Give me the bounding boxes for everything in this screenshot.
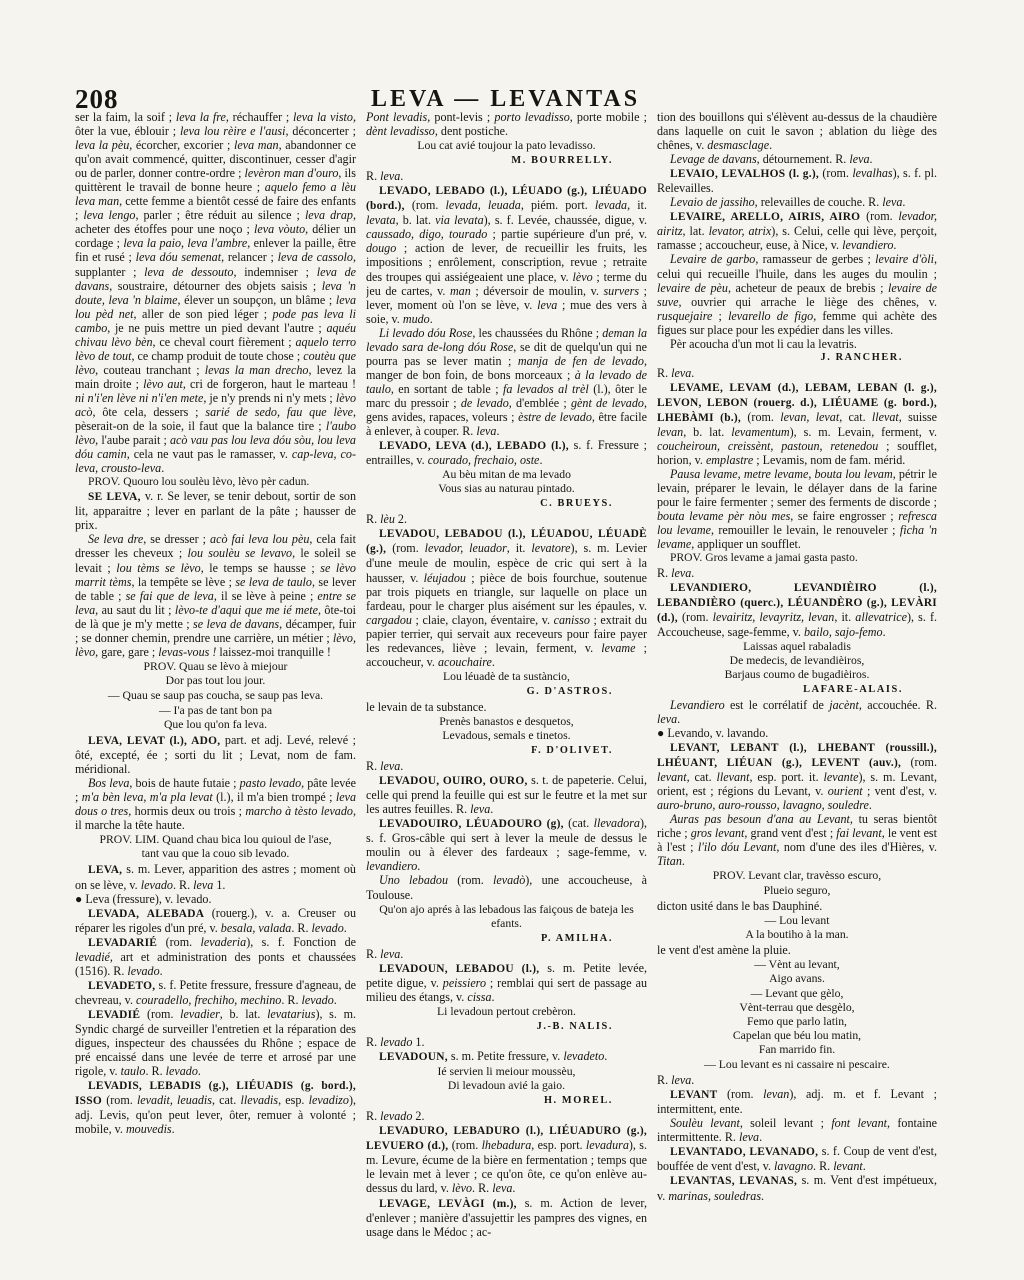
entry-headword: LEVADO, LEVA (d.), LEBADO (l.), bbox=[379, 440, 574, 452]
occitan-phrase: levant bbox=[833, 1159, 863, 1173]
text-run: . bbox=[869, 798, 872, 812]
text-run: (rom. bbox=[822, 166, 852, 180]
occitan-phrase: Titan bbox=[657, 854, 682, 868]
occitan-phrase: leva bbox=[380, 947, 400, 961]
cont-paragraph: tion des bouillons qui s'élèvent au-dess… bbox=[657, 110, 937, 152]
text-run: , soustraire, détourner des objets saisi… bbox=[109, 279, 321, 293]
text-run: Capelan que béu lou matin, bbox=[733, 1029, 861, 1042]
occitan-phrase: levado bbox=[312, 921, 344, 935]
ref-paragraph: R. levado 2. bbox=[366, 1109, 647, 1123]
text-run: F. D'OLIVET. bbox=[531, 745, 613, 756]
text-run: 2. bbox=[395, 512, 407, 526]
occitan-phrase: emplastre bbox=[706, 453, 753, 467]
text-run: , il se lève à peine ; bbox=[214, 589, 318, 603]
text-run: est le corrélatif de bbox=[725, 698, 830, 712]
text-run: Lou cat avié toujour la pato levadisso. bbox=[417, 139, 595, 152]
text-run: . bbox=[691, 1073, 694, 1087]
occitan-phrase: Soulèu levant bbox=[670, 1116, 740, 1130]
occitan-phrase: cargadou bbox=[366, 613, 412, 627]
occitan-phrase: leva bbox=[470, 802, 490, 816]
cont-paragraph: le levain de ta substance. bbox=[366, 700, 647, 714]
text-run: ; Levamis, nom de fam. mérid. bbox=[753, 453, 905, 467]
occitan-phrase: levado bbox=[141, 878, 173, 892]
text-run: . bbox=[863, 1159, 866, 1173]
text-run: R. bbox=[366, 1035, 380, 1049]
verse-paragraph: Au bèu mitan de ma levadoVous sias au na… bbox=[366, 468, 647, 496]
text-run: C. BRUEYS. bbox=[540, 498, 613, 509]
sig-paragraph: G. D'ASTROS. bbox=[366, 685, 647, 699]
occitan-phrase: llevadis bbox=[240, 1093, 278, 1107]
text-run: , d'emblée ; bbox=[509, 396, 571, 410]
entry-paragraph: LEVAME, LEVAM (d.), LEBAM, LEBAN (l. g.)… bbox=[657, 380, 937, 467]
text-run: , art et administration des ponts et cha… bbox=[75, 950, 356, 978]
entry-paragraph: LEVADOUN, LEBADOU (l.), s. m. Petite lev… bbox=[366, 961, 647, 1004]
entry-headword: LEVAIO, LEVALHOS (l. g.), bbox=[670, 168, 822, 180]
occitan-phrase: lou tèms se lèvo bbox=[116, 561, 200, 575]
ref-paragraph: R. leva. bbox=[657, 566, 937, 580]
occitan-phrase: marcho à tèsto levado bbox=[245, 804, 353, 818]
text-run: , esp. port. bbox=[531, 1138, 586, 1152]
verse-paragraph: Qu'on ajo aprés à las lebadous las faiço… bbox=[366, 903, 647, 931]
entry-headword: LEVANTADO, LEVANADO, bbox=[670, 1146, 822, 1158]
text-run: . bbox=[430, 312, 433, 326]
text-run: (rom. bbox=[682, 610, 713, 624]
text-run: — Vènt au levant, bbox=[754, 958, 839, 971]
occitan-phrase: levant bbox=[657, 770, 687, 784]
text-run: , remouiller le levain, le renouveler ; bbox=[711, 523, 900, 537]
occitan-phrase: caussado, digo, tourado bbox=[366, 227, 487, 241]
occitan-phrase: leva drap bbox=[305, 208, 353, 222]
text-run: (l.), il m'a bien trompé ; bbox=[213, 790, 336, 804]
verse-paragraph: — Quau se saup pas coucha, se saup pas l… bbox=[75, 689, 356, 703]
prov-paragraph: PROV. Gros levame a jamai gasta pasto. bbox=[657, 551, 937, 565]
text-run: P. AMILHA. bbox=[541, 933, 613, 944]
text-run: , aller de son pied léger ; bbox=[134, 307, 273, 321]
text-run: . bbox=[761, 1189, 764, 1203]
text-run: Vènt-terrau que desgèlo, bbox=[739, 1001, 854, 1014]
occitan-phrase: levaire de pèu bbox=[657, 281, 728, 295]
occitan-phrase: leva la visto bbox=[293, 110, 353, 124]
text-run: . R. bbox=[173, 878, 193, 892]
occitan-phrase: bouta levame pèr nòu mes bbox=[657, 509, 790, 523]
running-title: LEVA — LEVANTAS bbox=[75, 86, 936, 113]
text-run: , acheteur de peaux de brebis ; bbox=[728, 281, 888, 295]
occitan-phrase: levaderia bbox=[201, 935, 247, 949]
occitan-phrase: canisso bbox=[554, 613, 590, 627]
entry-paragraph: LEVADARIÉ (rom. levaderia), s. f. Foncti… bbox=[75, 935, 356, 978]
occitan-phrase: Levaio de jassiho bbox=[670, 195, 755, 209]
occitan-phrase: leva bbox=[380, 759, 400, 773]
verse-paragraph: — Lou levant es ni cassaire ni pescaire. bbox=[657, 1058, 937, 1072]
body-paragraph: Uno lebadou (rom. levadò), une accoucheu… bbox=[366, 873, 647, 901]
text-run: le vent d'est amène la pluie. bbox=[657, 943, 791, 957]
text-run: (rom. bbox=[866, 209, 898, 223]
occitan-phrase: levas la man drecho bbox=[205, 363, 309, 377]
occitan-phrase: levante bbox=[824, 770, 859, 784]
text-run: , ouvrier qui arrache le liège des chêne… bbox=[679, 295, 938, 309]
text-run: Prenès banastos e desquetos, bbox=[439, 715, 573, 728]
text-run: . bbox=[492, 655, 495, 669]
text-run: . bbox=[691, 366, 694, 380]
occitan-phrase: lèvo aut bbox=[143, 377, 183, 391]
occitan-phrase: levado bbox=[380, 1109, 412, 1123]
text-run: PROV. Quau se lèvo à miejour bbox=[144, 660, 288, 673]
entry-paragraph: LEVADIÉ (rom. levadier, b. lat. levatari… bbox=[75, 1007, 356, 1078]
dictionary-page: 208 LEVA — LEVANTAS ser la faim, la soif… bbox=[0, 0, 1024, 1280]
entry-headword: LEVADA, ALEBADA bbox=[88, 908, 212, 920]
occitan-phrase: leva bbox=[537, 298, 557, 312]
occitan-phrase: pasto levado bbox=[240, 776, 302, 790]
text-run: (rom. bbox=[910, 755, 937, 769]
entry-paragraph: LEVADIS, LEBADIS (g.), LIÉUADIS (g. bord… bbox=[75, 1078, 356, 1136]
text-run: R. bbox=[366, 169, 380, 183]
text-run: . bbox=[161, 461, 164, 475]
occitan-phrase: leva bbox=[193, 878, 213, 892]
text-run: tant vau que la couo sib levado. bbox=[142, 847, 290, 860]
cont-paragraph: dicton usité dans le bas Dauphiné. bbox=[657, 899, 937, 913]
text-run: (cat. bbox=[568, 816, 593, 830]
occitan-phrase: acouchaire bbox=[438, 655, 492, 669]
entry-paragraph: LEVADURO, LEBADURO (l.), LIÉUADURO (g.),… bbox=[366, 1123, 647, 1195]
text-run: le levain de ta substance. bbox=[366, 700, 487, 714]
text-run: , it. bbox=[834, 610, 855, 624]
text-run: — I'a pas de tant bon pa bbox=[159, 704, 272, 717]
text-run: ser la faim, la soif ; bbox=[75, 110, 176, 124]
occitan-phrase: èstre de levado bbox=[518, 410, 592, 424]
verse-paragraph: Laissas aquel rabaladisDe medecis, de le… bbox=[657, 640, 937, 682]
occitan-phrase: leva dóu semenat bbox=[136, 250, 221, 264]
occitan-phrase: levadizo bbox=[309, 1093, 349, 1107]
text-column-1: ser la faim, la soif ; leva la fre, réch… bbox=[75, 110, 356, 1136]
occitan-phrase: lavagno bbox=[774, 1159, 813, 1173]
occitan-phrase: Se leva dre bbox=[88, 532, 143, 546]
text-run: 1. bbox=[213, 878, 225, 892]
text-run: , suisse bbox=[899, 410, 937, 424]
text-run: PROV. Quouro lou soulèu lèvo, lèvo pèr c… bbox=[88, 475, 309, 488]
text-run: R. bbox=[366, 947, 380, 961]
text-run: , cri de forgeron, haut le marteau ! bbox=[183, 377, 356, 391]
occitan-phrase: leva de dessouto bbox=[144, 265, 233, 279]
verse-paragraph: — I'a pas de tant bon paQue lou qu'on fa… bbox=[75, 704, 356, 732]
text-run: , nom d'une des iles d'Hières, v. bbox=[776, 840, 937, 854]
text-run: Ié servien li meiour moussèu, bbox=[438, 1065, 576, 1078]
text-run: — Lou levant bbox=[765, 914, 830, 927]
text-run: . bbox=[512, 1181, 515, 1195]
text-run: . bbox=[344, 921, 347, 935]
text-run: . R. bbox=[813, 1159, 833, 1173]
occitan-phrase: bailo, sajo-femo bbox=[804, 625, 883, 639]
occitan-phrase: leva bbox=[671, 1073, 691, 1087]
occitan-phrase: leva bbox=[657, 712, 677, 726]
text-run: , pont-levis ; bbox=[427, 110, 494, 124]
occitan-phrase: leva bbox=[671, 366, 691, 380]
occitan-phrase: levame bbox=[601, 641, 635, 655]
text-run: , it. bbox=[507, 541, 532, 555]
occitan-phrase: font levant bbox=[831, 1116, 887, 1130]
text-run: Barjaus coumo de bugadièiros. bbox=[725, 668, 870, 681]
occitan-phrase: de levado bbox=[461, 396, 509, 410]
text-run: , ôte cela, dessers ; bbox=[92, 405, 205, 419]
occitan-phrase: lèu bbox=[380, 512, 395, 526]
text-run: . R. bbox=[472, 1181, 492, 1195]
text-run: R. bbox=[366, 1109, 380, 1123]
occitan-phrase: lèvo bbox=[452, 1181, 472, 1195]
text-run: , it. bbox=[627, 198, 647, 212]
body-paragraph: Auras pas besoun d'ana au Levant, tu ser… bbox=[657, 812, 937, 868]
occitan-phrase: llevat bbox=[872, 410, 899, 424]
text-run: , lat. bbox=[683, 224, 709, 238]
text-run: , accouchée. R. bbox=[859, 698, 937, 712]
sig-paragraph: C. BRUEYS. bbox=[366, 497, 647, 511]
text-run: , je ne puis mettre un pied devant l'aut… bbox=[107, 321, 326, 335]
sig-paragraph: J.-B. NALIS. bbox=[366, 1020, 647, 1034]
text-run: . bbox=[417, 859, 420, 873]
text-run: , je n'y prends ni n'y mets ; bbox=[203, 391, 336, 405]
text-run: R. bbox=[366, 759, 380, 773]
text-run: . bbox=[604, 1049, 607, 1063]
text-run: A la boutiho à la man. bbox=[745, 928, 848, 941]
sig-paragraph: P. AMILHA. bbox=[366, 932, 647, 946]
occitan-phrase: Pausa levame, metre levame, bouta lou le… bbox=[670, 467, 893, 481]
text-run: . bbox=[400, 169, 403, 183]
occitan-phrase: Uno lebadou bbox=[379, 873, 448, 887]
occitan-phrase: levatore bbox=[531, 541, 570, 555]
occitan-phrase: leva la pèu bbox=[75, 138, 129, 152]
occitan-phrase: Bos leva bbox=[88, 776, 129, 790]
occitan-phrase: taulo bbox=[121, 1064, 146, 1078]
occitan-phrase: besala, valada bbox=[221, 921, 292, 935]
occitan-phrase: leva bbox=[380, 169, 400, 183]
entry-paragraph: LEVADOUIRO, LÉUADOURO (g), (cat. llevado… bbox=[366, 816, 647, 873]
ref-paragraph: R. leva. bbox=[366, 947, 647, 961]
entry-headword: LEVAIRE, ARELLO, AIRIS, AIRO bbox=[670, 211, 866, 223]
text-run: H. MOREL. bbox=[544, 1095, 613, 1106]
text-run: . bbox=[769, 138, 772, 152]
entry-headword: LEVADARIÉ bbox=[88, 937, 166, 949]
occitan-phrase: levan bbox=[763, 1087, 789, 1101]
occitan-phrase: fai levant bbox=[836, 826, 881, 840]
ref-paragraph: R. lèu 2. bbox=[366, 512, 647, 526]
text-run: . bbox=[198, 1064, 201, 1078]
text-run: , se faire engrosser ; bbox=[790, 509, 898, 523]
occitan-phrase: leva la paio, leva l'ambre bbox=[123, 236, 247, 250]
verse-paragraph: — Lou levantA la boutiho à la man. bbox=[657, 914, 937, 942]
occitan-phrase: levadit, leuadis bbox=[137, 1093, 212, 1107]
text-run: De medecis, de levandièiros, bbox=[730, 654, 865, 667]
body-paragraph: Pausa levame, metre levame, bouta lou le… bbox=[657, 467, 937, 551]
text-run: , piém. port. bbox=[521, 198, 595, 212]
occitan-phrase: fa levados al trèl bbox=[503, 382, 589, 396]
text-run: R. bbox=[366, 512, 380, 526]
sig-paragraph: H. MOREL. bbox=[366, 1094, 647, 1108]
text-run: , grand vent d'est ; bbox=[744, 826, 836, 840]
cont-paragraph: ser la faim, la soif ; leva la fre, réch… bbox=[75, 110, 356, 475]
entry-paragraph: LEVADO, LEVA (d.), LEBADO (l.), s. f. Fr… bbox=[366, 438, 647, 467]
text-run: , gare, gare ; bbox=[95, 645, 158, 659]
occitan-phrase: leva bbox=[882, 195, 902, 209]
occitan-phrase: marinas, souledras bbox=[668, 1189, 761, 1203]
occitan-phrase: levadié bbox=[75, 950, 110, 964]
text-run: tion des bouillons qui s'élèvent au-dess… bbox=[657, 110, 937, 152]
occitan-phrase: acò fai leva lou pèu bbox=[210, 532, 309, 546]
text-run: Di levadoun avié la gaio. bbox=[448, 1079, 565, 1092]
occitan-phrase: llevadora bbox=[594, 816, 640, 830]
occitan-phrase: mudo bbox=[403, 312, 430, 326]
provverse-paragraph: PROV. LIM. Quand chau bica lou quioul de… bbox=[75, 833, 356, 861]
occitan-phrase: rusquejaire bbox=[657, 309, 712, 323]
occitan-phrase: via levata bbox=[435, 213, 483, 227]
text-run: . bbox=[893, 238, 896, 252]
occitan-phrase: leva lou rèire e l'ausi bbox=[180, 124, 286, 138]
occitan-phrase: leva lengo bbox=[83, 208, 135, 222]
occitan-phrase: dènt levadisso bbox=[366, 124, 435, 138]
text-run: . bbox=[496, 424, 499, 438]
occitan-phrase: se leva de taulo bbox=[235, 575, 312, 589]
occitan-phrase: lou soulèu se levavo bbox=[188, 546, 293, 560]
occitan-phrase: levado bbox=[166, 1064, 198, 1078]
text-run: s. m. Petite fressure, v. bbox=[451, 1049, 563, 1063]
occitan-phrase: levata bbox=[366, 213, 396, 227]
body-paragraph: Levandiero est le corrélatif de jacènt, … bbox=[657, 698, 937, 726]
bullet-paragraph: ● Levando, v. lavando. bbox=[657, 726, 937, 740]
entry-headword: LEVADETO, bbox=[88, 980, 159, 992]
text-run: . bbox=[334, 993, 337, 1007]
text-run: , esp. port. it. bbox=[749, 770, 823, 784]
text-run: , le temps se hausse ; bbox=[201, 561, 321, 575]
text-run: — Levant que gèlo, bbox=[751, 987, 844, 1000]
text-run: R. bbox=[657, 566, 671, 580]
occitan-phrase: allevatrice bbox=[855, 610, 907, 624]
occitan-phrase: coucheiroun, creissènt, pastoun, retened… bbox=[657, 439, 878, 453]
text-run: ; vent d'est, v. bbox=[863, 784, 937, 798]
text-run: . bbox=[870, 152, 873, 166]
text-run: Vous sias au naturau pintado. bbox=[438, 482, 574, 495]
occitan-phrase: lhebadura bbox=[482, 1138, 532, 1152]
text-run: J.-B. NALIS. bbox=[537, 1021, 613, 1032]
occitan-phrase: leva man bbox=[234, 138, 279, 152]
text-run: (rom. bbox=[166, 935, 201, 949]
occitan-phrase: Auras pas besoun d'ana au Levant bbox=[670, 812, 850, 826]
bullet-paragraph: ● Leva (fressure), v. levado. bbox=[75, 892, 356, 906]
occitan-phrase: Li levado dóu Rose bbox=[379, 326, 472, 340]
text-run: Li levadoun pertout crebèron. bbox=[437, 1005, 576, 1018]
occitan-phrase: sarié de sedo, fau que lève bbox=[205, 405, 353, 419]
text-run: , esp. bbox=[278, 1093, 309, 1107]
text-run: , indemniser ; bbox=[233, 265, 316, 279]
text-run: (rom. bbox=[412, 198, 446, 212]
text-run: , ce cheval court fièrement ; bbox=[153, 335, 296, 349]
occitan-phrase: m'a bèn leva, m'a pla levat bbox=[82, 790, 213, 804]
occitan-phrase: Levandiero bbox=[670, 698, 725, 712]
entry-paragraph: LEVADO, LEBADO (l.), LÉUADO (g.), LIÉUAD… bbox=[366, 183, 647, 325]
text-run: . bbox=[902, 195, 905, 209]
text-run: Lou léuadè de ta sustàncio, bbox=[443, 670, 570, 683]
occitan-phrase: man bbox=[450, 284, 471, 298]
text-run: J. RANCHER. bbox=[820, 352, 903, 363]
occitan-phrase: levado bbox=[302, 993, 334, 1007]
text-run: ; bbox=[712, 309, 728, 323]
occitan-phrase: leva la fre bbox=[176, 110, 226, 124]
occitan-phrase: levaire d'òli bbox=[875, 252, 934, 266]
cont-paragraph: le vent d'est amène la pluie. bbox=[657, 943, 937, 957]
text-run: (rom. bbox=[106, 1093, 137, 1107]
entry-headword: LEVADOUIRO, LÉUADOURO (g), bbox=[379, 818, 568, 830]
entry-paragraph: LEVAGE, LEVÀGI (m.), s. m. Action de lev… bbox=[366, 1196, 647, 1239]
body-paragraph: Bos leva, bois de haute futaie ; pasto l… bbox=[75, 776, 356, 832]
occitan-phrase: levamentum bbox=[731, 425, 789, 439]
occitan-phrase: leva bbox=[739, 1130, 759, 1144]
entry-paragraph: LEVADA, ALEBADA (rouerg.), v. a. Creuser… bbox=[75, 906, 356, 935]
ref-paragraph: R. leva. bbox=[366, 169, 647, 183]
occitan-phrase: levadier bbox=[180, 1007, 220, 1021]
text-run: . bbox=[400, 947, 403, 961]
text-run: Fan marrido fin. bbox=[759, 1043, 835, 1056]
entry-headword: SE LEVA, bbox=[88, 491, 145, 503]
entry-headword: LEVADOUN, bbox=[379, 1051, 451, 1063]
text-run: . bbox=[759, 1130, 762, 1144]
text-run: G. D'ASTROS. bbox=[527, 686, 613, 697]
verse-paragraph: Prenès banastos e desquetos,Levadous, se… bbox=[366, 715, 647, 743]
text-run: Plueio seguro, bbox=[764, 884, 831, 897]
entry-paragraph: LEVA, s. m. Lever, apparition des astres… bbox=[75, 862, 356, 891]
occitan-phrase: llevant bbox=[717, 770, 750, 784]
text-run: PROV. Levant clar, travèsso escuro, bbox=[713, 869, 881, 882]
text-run: 1. bbox=[412, 1035, 424, 1049]
occitan-phrase: leva bbox=[476, 424, 496, 438]
body-paragraph: Li levado dóu Rose, les chaussées du Rhô… bbox=[366, 326, 647, 438]
text-run: , en sortant de table ; bbox=[391, 382, 503, 396]
entry-paragraph: LEVAIO, LEVALHOS (l. g.), (rom. levalhas… bbox=[657, 166, 937, 195]
occitan-phrase: peissiero bbox=[443, 976, 486, 990]
text-run: , détournement. R. bbox=[757, 152, 850, 166]
occitan-phrase: leva bbox=[849, 152, 869, 166]
text-run: — Quau se saup pas coucha, se saup pas l… bbox=[108, 689, 323, 702]
text-run: R. bbox=[657, 366, 671, 380]
text-run: . bbox=[160, 964, 163, 978]
occitan-phrase: levan, levat bbox=[780, 410, 839, 424]
text-run: 2. bbox=[412, 1109, 424, 1123]
text-run: PROV. LIM. Quand chau bica lou quioul de… bbox=[99, 833, 331, 846]
occitan-phrase: se fai que de leva bbox=[126, 589, 214, 603]
occitan-phrase: leva vòuto bbox=[254, 222, 305, 236]
text-run: , élever un soupçon, un blâme ; bbox=[177, 293, 335, 307]
body-paragraph: Pèr acoucha d'un mot li cau la levatris. bbox=[657, 337, 937, 351]
provverse-paragraph: PROV. Levant clar, travèsso escuro,Pluei… bbox=[657, 869, 937, 897]
text-run: . bbox=[400, 759, 403, 773]
text-run: ; partie supérieure d'un pré, v. bbox=[487, 227, 647, 241]
cont-paragraph: Pont levadis, pont-levis ; porto levadis… bbox=[366, 110, 647, 138]
sig-paragraph: J. RANCHER. bbox=[657, 351, 937, 365]
text-run: . bbox=[172, 1122, 175, 1136]
text-run: . bbox=[883, 625, 886, 639]
ref-paragraph: R. levado 1. bbox=[366, 1035, 647, 1049]
text-run: , les chaussées du Rhône ; bbox=[472, 326, 602, 340]
occitan-phrase: levadò bbox=[493, 873, 525, 887]
occitan-phrase: levadeto bbox=[563, 1049, 604, 1063]
occitan-phrase: dougo bbox=[366, 241, 396, 255]
text-run: , déconcerter ; bbox=[286, 124, 356, 138]
body-paragraph: Levaio de jassiho, relevailles de couche… bbox=[657, 195, 937, 209]
occitan-phrase: manja de fen de levado bbox=[518, 354, 644, 368]
entry-headword: LEVANTAS, LEVANAS, bbox=[670, 1175, 802, 1187]
verse-paragraph: Ié servien li meiour moussèu,Di levadoun… bbox=[366, 1065, 647, 1093]
occitan-phrase: jacènt bbox=[829, 698, 859, 712]
entry-headword: LEVADOUN, LEBADOU (l.), bbox=[379, 963, 547, 975]
entry-headword: LEVAGE, LEVÀGI (m.), bbox=[379, 1198, 525, 1210]
occitan-phrase: courado, frechaio, oste bbox=[428, 453, 540, 467]
occitan-phrase: levarello de figo bbox=[728, 309, 813, 323]
text-run: , cat. bbox=[687, 770, 717, 784]
